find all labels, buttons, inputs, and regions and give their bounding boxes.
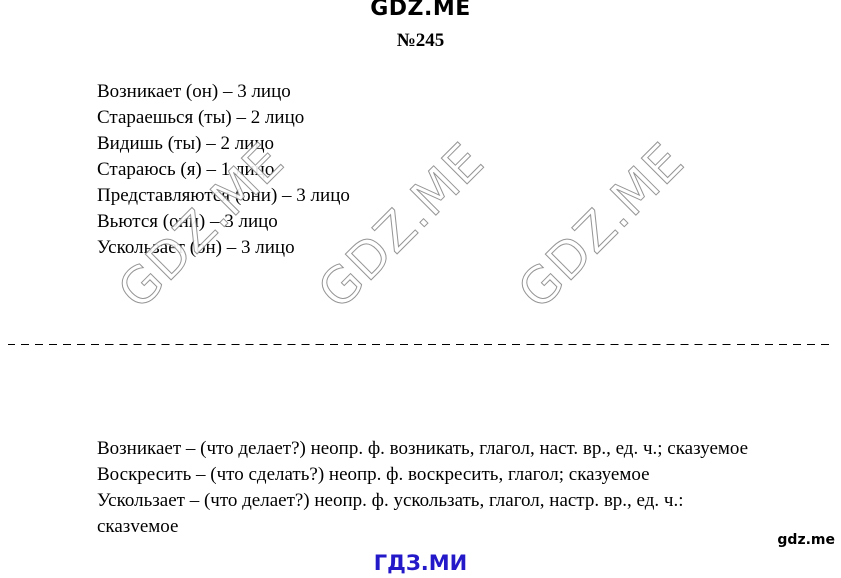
answer-line: Видишь (ты) – 2 лицо [97, 131, 350, 157]
watermark: GDZ.ME [507, 132, 695, 320]
dashed-divider [8, 344, 834, 345]
answer-line: Стараешься (ты) – 2 лицо [97, 105, 350, 131]
corner-site-mark: gdz.me [777, 532, 835, 548]
analysis-entry: Возникает – (что делает?) неопр. ф. возн… [97, 436, 757, 462]
footer-site-link[interactable]: ГДЗ.МИ [0, 551, 841, 575]
analysis-entry: Воскресить – (что сделать?) неопр. ф. во… [97, 462, 757, 488]
word-analysis: Возникает – (что делает?) неопр. ф. возн… [97, 436, 757, 540]
site-header: GDZ.ME [0, 0, 841, 21]
analysis-entry: Ускользает – (что делает?) неопр. ф. уск… [97, 488, 757, 540]
task-number: №245 [0, 30, 841, 52]
answer-line: Возникает (он) – 3 лицо [97, 79, 350, 105]
